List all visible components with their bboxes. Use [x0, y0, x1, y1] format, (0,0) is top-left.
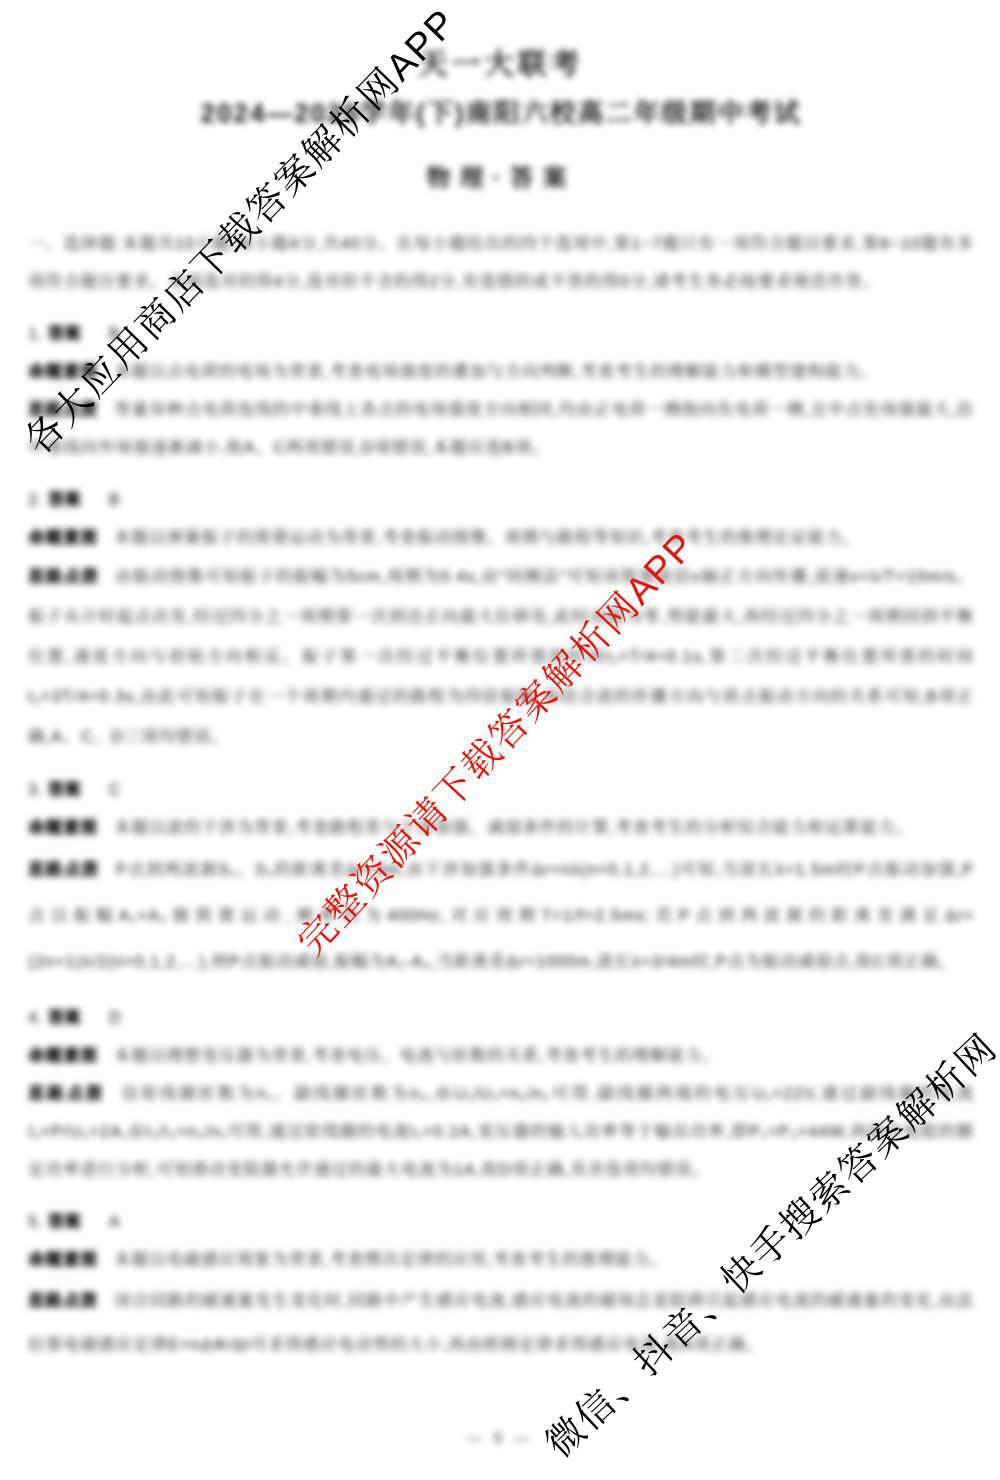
intent-text: 本题以点电荷的电场为背景,考查电场强度的叠加与方向判断,考查考生的理解能力和模型… — [114, 363, 878, 381]
question-number: 2. — [28, 491, 42, 509]
hint-label: 思路点拨 — [28, 401, 98, 419]
answer-letter: D — [109, 1009, 121, 1027]
intent-paragraph: 命题意图本题以理想变压器为背景,考查电压、电流与匝数的关系,考查考生的理解能力。 — [28, 1037, 974, 1075]
exam-title: 2024—2025学年(下)南阳六校高二年级期中考试 — [28, 93, 974, 130]
intent-text: 本题以理想变压器为背景,考查电压、电流与匝数的关系,考查考生的理解能力。 — [114, 1047, 720, 1065]
answer-row: 2.答案B — [28, 481, 974, 519]
subject-answers-title: 物理·答案 — [28, 158, 974, 193]
question-number: 5. — [28, 1213, 42, 1231]
answer-row: 1.答案B — [28, 315, 974, 353]
answer-label: 答案 — [48, 491, 81, 509]
hint-text: 由振动图像可知振子的振幅为5cm,周期为0.4s,由"同侧法"可知该简谐波沿x轴… — [28, 568, 974, 746]
answer-letter: A — [109, 1213, 120, 1231]
intent-label: 命题意图 — [28, 819, 98, 837]
instructions-paragraph: 一、选择题:本题共10小题,每小题4分,共40分。在每小题给出的四个选项中,第1… — [28, 225, 974, 301]
intent-label: 命题意图 — [28, 1251, 98, 1269]
page-number: — 5 — — [0, 1430, 1000, 1447]
hint-label: 思路点拨 — [28, 1085, 105, 1103]
intent-label: 命题意图 — [28, 1047, 98, 1065]
intent-label: 命题意图 — [28, 363, 98, 381]
answer-label: 答案 — [48, 1009, 81, 1027]
hint-paragraph: 思路点拨由振动图像可知振子的振幅为5cm,周期为0.4s,由"同侧法"可知该简谐… — [28, 557, 974, 757]
hint-text: 设原线圈匝数为n₁、副线圈匝数为n₂,由U₁/U₂=n₁/n₂可得,副线圈两端的… — [28, 1085, 974, 1179]
hint-label: 思路点拨 — [28, 568, 99, 586]
hint-paragraph: 思路点拨P点到两波源S₁、S₂的距离差Δr=3m,由干涉加强条件Δr=nλ(n=… — [28, 847, 974, 985]
answer-letter: B — [109, 491, 120, 509]
answer-row: 3.答案C — [28, 771, 974, 809]
intent-text: 本题以波的干涉为背景,考查路程差与干涉加强、减弱条件的计算,考查考生的分析综合能… — [114, 819, 913, 837]
hint-paragraph: 思路点拨等量异种点电荷连线的中垂线上各点的电场强度方向相同,均由正电荷一侧指向负… — [28, 391, 974, 467]
hint-text: P点到两波源S₁、S₂的距离差Δr=3m,由干涉加强条件Δr=nλ(n=0,1,… — [28, 861, 974, 971]
intent-paragraph: 命题意图本题以电磁感应现象为背景,考查楞次定律的应用,考查考生的推理能力。 — [28, 1241, 974, 1279]
intent-paragraph: 命题意图本题以波的干涉为背景,考查路程差与干涉加强、减弱条件的计算,考查考生的分… — [28, 809, 974, 847]
question-number: 4. — [28, 1009, 42, 1027]
hint-label: 思路点拨 — [28, 861, 100, 879]
answer-label: 答案 — [48, 781, 81, 799]
question-number: 1. — [28, 325, 42, 343]
hint-text: 等量异种点电荷连线的中垂线上各点的电场强度方向相同,均由正电荷一侧指向负电荷一侧… — [28, 401, 974, 457]
intent-paragraph: 命题意图本题以点电荷的电场为背景,考查电场强度的叠加与方向判断,考查考生的理解能… — [28, 353, 974, 391]
intent-label: 命题意图 — [28, 529, 98, 547]
intent-text: 本题以弹簧振子的简谐运动为背景,考查振动图像、周期与路程等知识,考查考生的推理论… — [114, 529, 860, 547]
hint-label: 思路点拨 — [28, 1292, 98, 1310]
hint-paragraph: 思路点拨闭合回路的磁通量发生变化时,回路中产生感应电流,感应电流的磁场总是阻碍引… — [28, 1279, 974, 1367]
answer-letter: C — [109, 781, 121, 799]
exam-brand-title: 天一大联考 — [28, 42, 974, 83]
answer-row: 4.答案D — [28, 999, 974, 1037]
question-number: 3. — [28, 781, 42, 799]
answer-label: 答案 — [48, 1213, 81, 1231]
hint-paragraph: 思路点拨设原线圈匝数为n₁、副线圈匝数为n₂,由U₁/U₂=n₁/n₂可得,副线… — [28, 1075, 974, 1189]
document-page: 天一大联考 2024—2025学年(下)南阳六校高二年级期中考试 物理·答案 一… — [0, 0, 1000, 1480]
intent-paragraph: 命题意图本题以弹簧振子的简谐运动为背景,考查振动图像、周期与路程等知识,考查考生… — [28, 519, 974, 557]
answer-label: 答案 — [48, 325, 81, 343]
answer-row: 5.答案A — [28, 1203, 974, 1241]
blurred-document-content: 天一大联考 2024—2025学年(下)南阳六校高二年级期中考试 物理·答案 一… — [0, 0, 1000, 1480]
hint-text: 闭合回路的磁通量发生变化时,回路中产生感应电流,感应电流的磁场总是阻碍引起感应电… — [28, 1292, 974, 1354]
intent-text: 本题以电磁感应现象为背景,考查楞次定律的应用,考查考生的推理能力。 — [114, 1251, 668, 1269]
answer-letter: B — [109, 325, 120, 343]
